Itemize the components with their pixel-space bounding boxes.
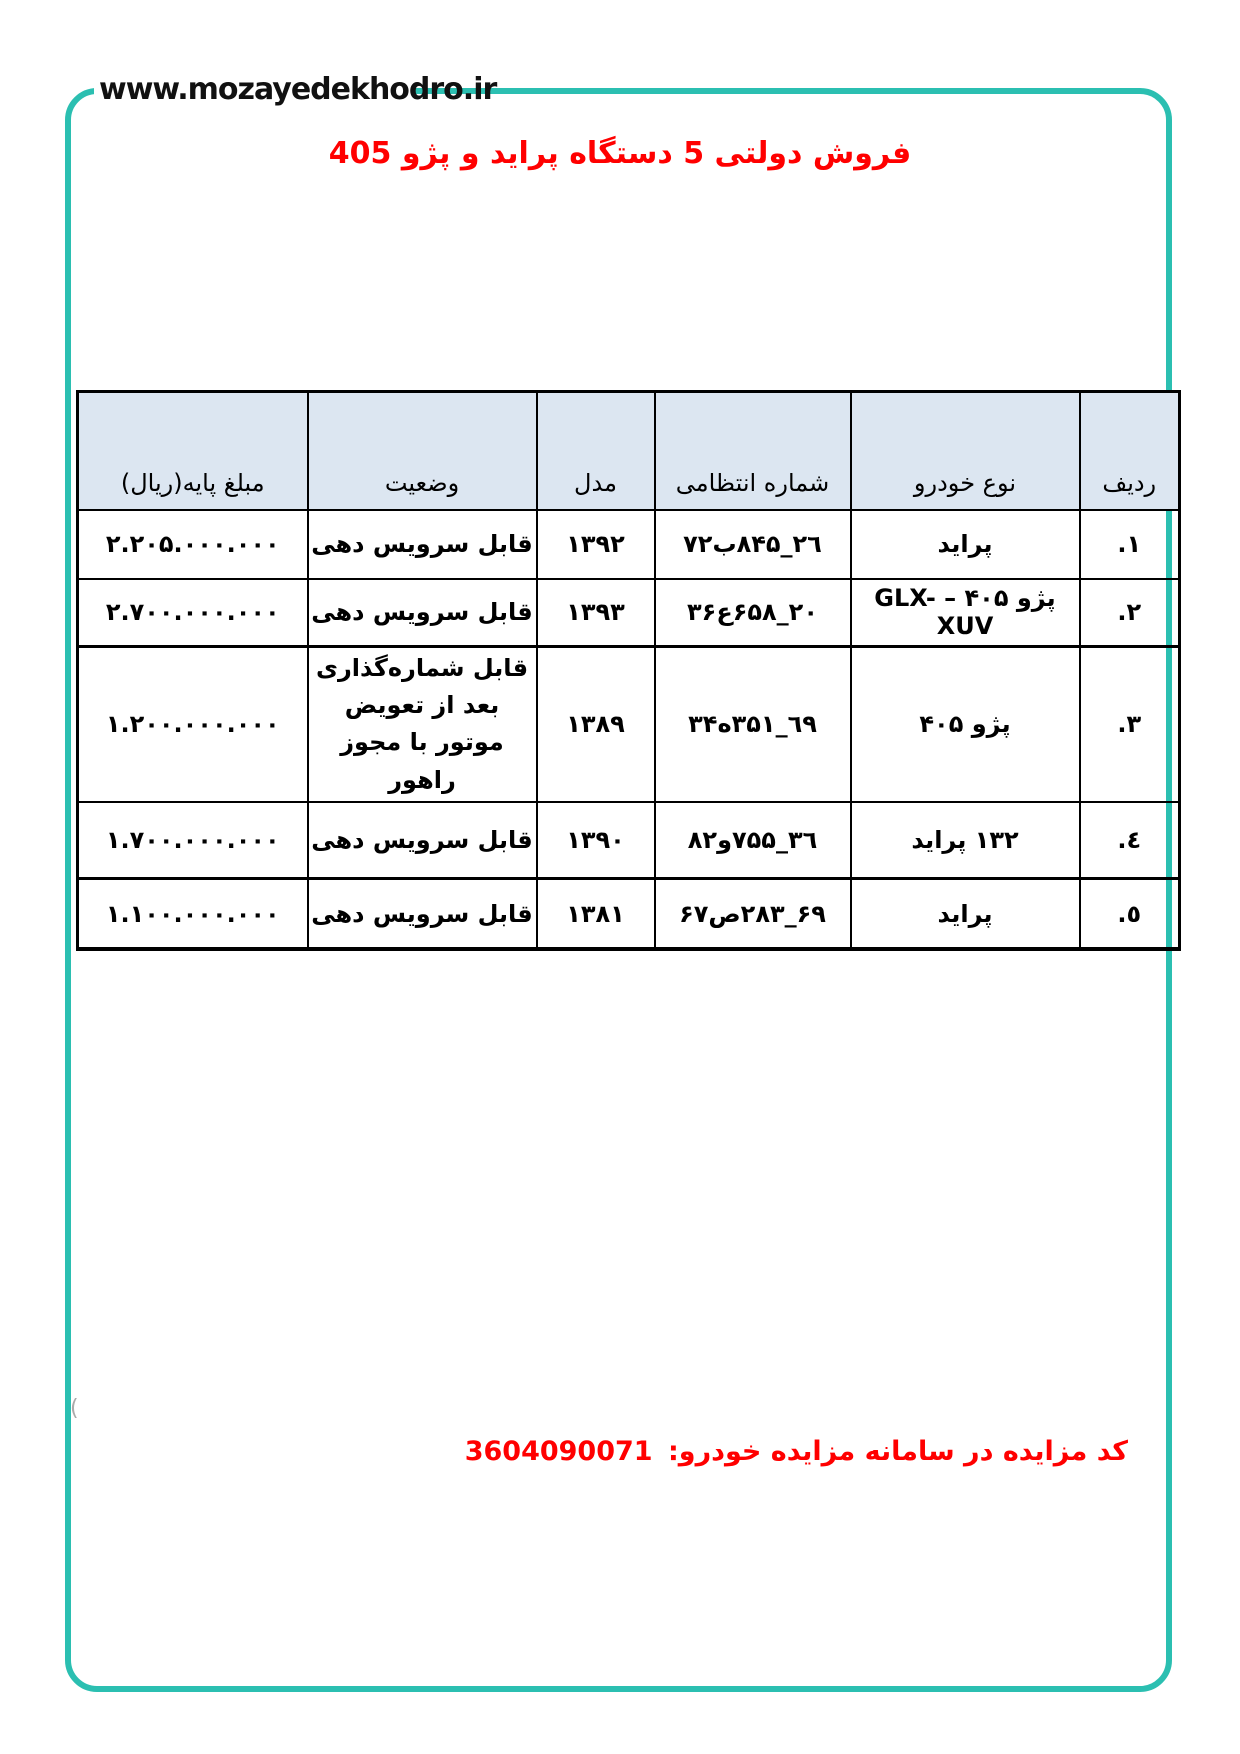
cell-status: قابل سرویس دهی — [308, 879, 537, 949]
cell-type: پژو ۴۰۵ — [851, 647, 1080, 802]
vehicle-table: ردیف نوع خودرو شماره انتظامی مدل وضعیت م… — [76, 390, 1181, 951]
cell-radif: ٥. — [1080, 879, 1180, 949]
cell-radif: ١. — [1080, 510, 1180, 579]
cell-status: قابل سرویس دهی — [308, 802, 537, 879]
cell-plate: ۲٦_۸۴۵ب۷۲ — [655, 510, 851, 579]
cell-type: ۱۳۲ پراید — [851, 802, 1080, 879]
cell-radif: ٢. — [1080, 579, 1180, 647]
table-row: ١. پراید ۲٦_۸۴۵ب۷۲ ۱۳۹۲ قابل سرویس دهی ۲… — [78, 510, 1180, 579]
cell-model: ۱۳۸۱ — [537, 879, 655, 949]
cell-price: ۲.۷۰۰.۰۰۰.۰۰۰ — [78, 579, 308, 647]
cell-plate: ٦۹_۳۵۱ه۳۴ — [655, 647, 851, 802]
cell-status: قابل سرویس دهی — [308, 579, 537, 647]
cell-model: ۱۳۹۳ — [537, 579, 655, 647]
cell-plate: ۲۰_۶۵۸ع۳۶ — [655, 579, 851, 647]
table-row: ٢. پژو ۴۰۵ – GLX-XUV ۲۰_۶۵۸ع۳۶ ۱۳۹۳ قابل… — [78, 579, 1180, 647]
cell-plate: ۳٦_۷۵۵و۸۲ — [655, 802, 851, 879]
auction-code-line: کد مزایده در سامانه مزایده خودرو: 360409… — [465, 1436, 1128, 1467]
table-row: ٣. پژو ۴۰۵ ٦۹_۳۵۱ه۳۴ ۱۳۸۹ قابل شماره‌گذا… — [78, 647, 1180, 802]
cell-radif: ٤. — [1080, 802, 1180, 879]
cell-status: قابل سرویس دهی — [308, 510, 537, 579]
cell-price: ۱.۲۰۰.۰۰۰.۰۰۰ — [78, 647, 308, 802]
cell-type: پراید — [851, 510, 1080, 579]
header-plate: شماره انتظامی — [655, 392, 851, 510]
cell-status: قابل شماره‌گذاری بعد از تعویض موتور با م… — [308, 647, 537, 802]
header-model: مدل — [537, 392, 655, 510]
cell-price: ۲.۲۰۵.۰۰۰.۰۰۰ — [78, 510, 308, 579]
table-row: ٥. پراید ۶۹_۲۸۳ص۶۷ ۱۳۸۱ قابل سرویس دهی ۱… — [78, 879, 1180, 949]
cell-model: ۱۳۹۰ — [537, 802, 655, 879]
table-header-row: ردیف نوع خودرو شماره انتظامی مدل وضعیت م… — [78, 392, 1180, 510]
cell-plate: ۶۹_۲۸۳ص۶۷ — [655, 879, 851, 949]
cell-radif: ٣. — [1080, 647, 1180, 802]
header-radif: ردیف — [1080, 392, 1180, 510]
auction-code-label: کد مزایده در سامانه مزایده خودرو: — [668, 1436, 1128, 1467]
table-row: ٤. ۱۳۲ پراید ۳٦_۷۵۵و۸۲ ۱۳۹۰ قابل سرویس د… — [78, 802, 1180, 879]
header-type: نوع خودرو — [851, 392, 1080, 510]
cell-price: ۱.۷۰۰.۰۰۰.۰۰۰ — [78, 802, 308, 879]
header-price: مبلغ پایه(ریال) — [78, 392, 308, 510]
cell-price: ۱.۱۰۰.۰۰۰.۰۰۰ — [78, 879, 308, 949]
header-status: وضعیت — [308, 392, 537, 510]
stray-paren-mark: ( — [70, 1396, 79, 1421]
cell-type: پژو ۴۰۵ – GLX-XUV — [851, 579, 1080, 647]
site-url: www.mozayedekhodro.ir — [99, 72, 419, 107]
auction-code-value: 3604090071 — [465, 1436, 659, 1467]
cell-model: ۱۳۹۲ — [537, 510, 655, 579]
page-title: فروش دولتی 5 دستگاه پراید و پژو 405 — [0, 136, 1240, 171]
cell-type: پراید — [851, 879, 1080, 949]
cell-model: ۱۳۸۹ — [537, 647, 655, 802]
